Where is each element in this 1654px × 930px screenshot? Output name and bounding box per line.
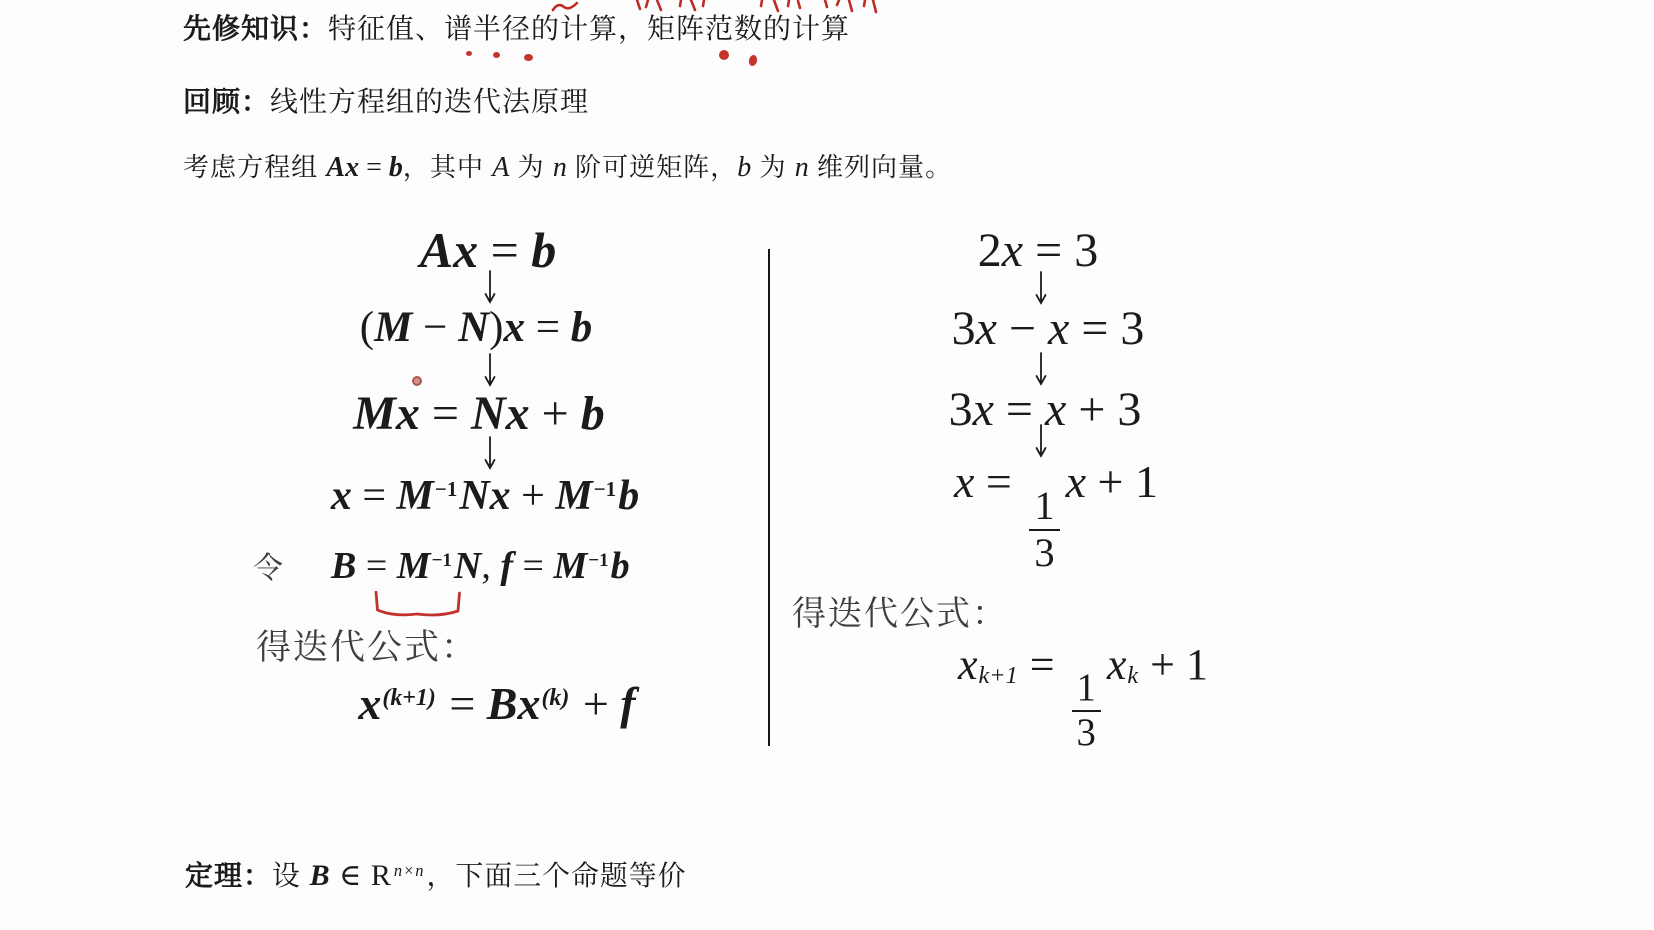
red-emphasis-dot — [748, 54, 758, 66]
down-arrow-icon — [482, 436, 498, 472]
review-line: 回顾：线性方程组的迭代法原理 — [183, 86, 589, 118]
iteration-formula-label-right: 得迭代公式： — [792, 586, 1008, 635]
red-bracket-annotation — [374, 591, 462, 619]
red-scribble-annotation — [545, 0, 890, 14]
derivation-iteration-formula: x(k+1) = Bx(k) + f — [358, 680, 635, 728]
prerequisite-label: 先修知识： — [183, 13, 328, 44]
derivation-step-3: Mx = Nx + b — [353, 389, 605, 439]
red-ring-dot-annotation — [412, 376, 422, 386]
prerequisite-line: 先修知识：特征值、谱半径的计算，矩阵范数的计算 — [183, 13, 850, 45]
let-label: 令 — [253, 552, 285, 585]
theorem-statement: 设 B ∈ Rn×n，下面三个命题等价 — [272, 859, 687, 892]
theorem-label: 定理： — [185, 860, 272, 891]
red-emphasis-dot — [524, 54, 533, 61]
red-emphasis-dot — [719, 50, 729, 60]
column-divider — [768, 249, 770, 746]
derivation-step-1: Ax = b — [420, 224, 557, 277]
down-arrow-icon — [482, 270, 498, 306]
red-emphasis-dot — [466, 51, 472, 56]
red-emphasis-dot — [493, 52, 500, 58]
derivation-step-4: x = M−1Nx + M−1b — [331, 474, 639, 518]
review-text: 线性方程组的迭代法原理 — [270, 86, 589, 117]
let-definition: 令B = M−1N, f = M−1b — [253, 547, 630, 587]
review-label: 回顾： — [183, 86, 270, 117]
example-step-2: 3x − x = 3 — [952, 304, 1145, 354]
iteration-formula-label-left: 得迭代公式： — [256, 620, 478, 670]
prerequisite-text: 特征值、谱半径的计算，矩阵范数的计算 — [328, 13, 850, 44]
let-formula: B = M−1N, f = M−1b — [331, 545, 630, 587]
derivation-step-2: (M − N)x = b — [360, 305, 592, 350]
example-step-1: 2x = 3 — [978, 226, 1098, 276]
lecture-slide: 先修知识：特征值、谱半径的计算，矩阵范数的计算 回顾：线性方程组的迭代法原理 考… — [0, 0, 1654, 930]
theorem-line: 定理：设 B ∈ Rn×n，下面三个命题等价 — [185, 860, 687, 892]
example-step-4: x = 13x + 1 — [954, 458, 1158, 572]
down-arrow-icon — [1033, 424, 1049, 460]
problem-statement: 考虑方程组 Ax = b，其中 A 为 n 阶可逆矩阵，b 为 n 维列向量。 — [183, 152, 952, 182]
down-arrow-icon — [482, 353, 498, 389]
example-iteration-formula: xk+1 = 13xk + 1 — [958, 642, 1208, 752]
